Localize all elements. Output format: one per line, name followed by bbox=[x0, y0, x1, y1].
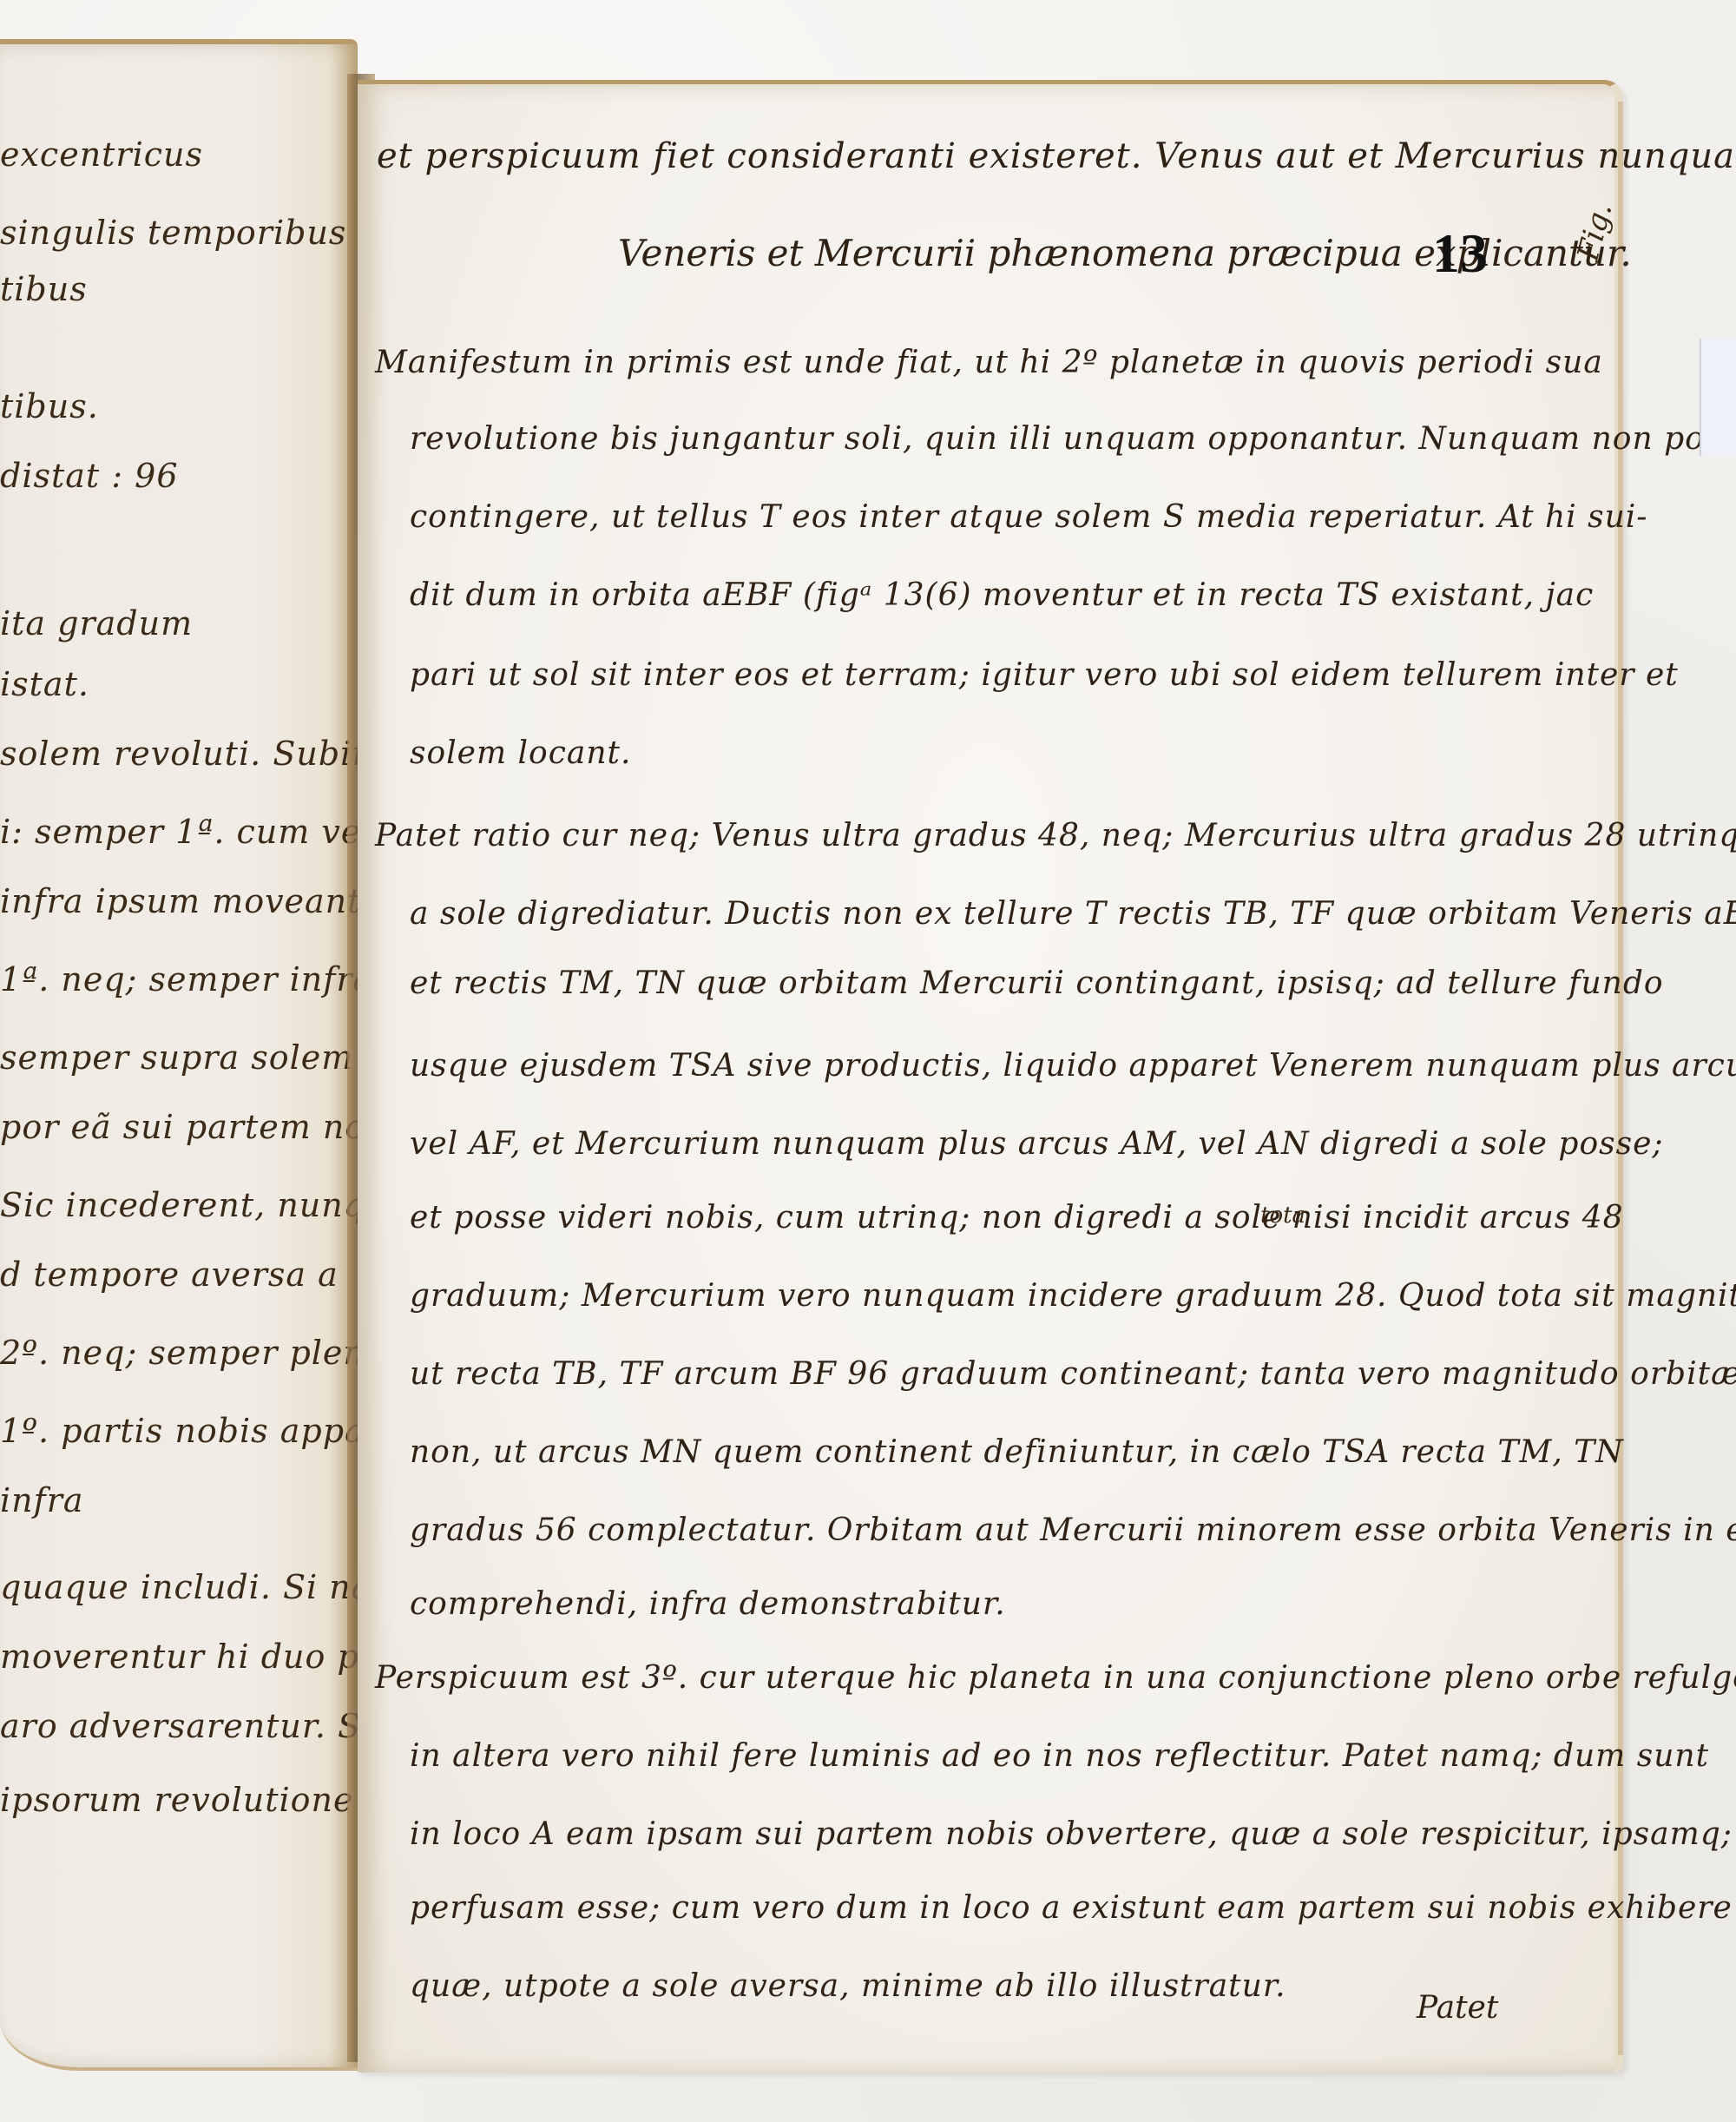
manuscript-line: ut recta TB, TF arcum BF 96 graduum cont… bbox=[410, 1356, 1736, 1392]
left-page-line: d tempore aversa a bbox=[0, 1255, 332, 1294]
tab-marker bbox=[1700, 339, 1736, 456]
manuscript-line: vel AF, et Mercurium nunquam plus arcus … bbox=[410, 1126, 1664, 1162]
left-page-line: solem revoluti. Subinde bbox=[0, 735, 332, 773]
manuscript-line: pari ut sol sit inter eos et terram; igi… bbox=[410, 657, 1679, 693]
left-page-line: moverentur hi duo plane bbox=[0, 1638, 332, 1676]
manuscript-line: a sole digrediatur. Ductis non ex tellur… bbox=[410, 896, 1736, 932]
manuscript-line: perfusam esse; cum vero dum in loco a ex… bbox=[410, 1890, 1733, 1926]
manuscript-line: dit dum in orbita aEBF (figᵃ 13(6) moven… bbox=[410, 577, 1594, 613]
manuscript-line: Manifestum in primis est unde fiat, ut h… bbox=[375, 345, 1603, 380]
left-page-line: ipsorum revolutione tam bbox=[0, 1781, 332, 1819]
left-page-line: distat : 96 bbox=[0, 457, 332, 495]
manuscript-line: solem locant. bbox=[410, 735, 631, 771]
manuscript-line: quæ, utpote a sole aversa, minime ab ill… bbox=[410, 1968, 1286, 2004]
left-page-line: quaque includi. Si nam bbox=[0, 1568, 332, 1606]
left-page-line: tibus. bbox=[0, 387, 332, 425]
left-page-line: ita gradum bbox=[0, 604, 332, 643]
left-page-line: excentricus bbox=[0, 135, 332, 174]
left-page-line: singulis temporibus partis: æque bbox=[0, 214, 332, 252]
manuscript-line: in altera vero nihil fere luminis ad eo … bbox=[410, 1738, 1709, 1774]
right-page: et perspicuum fiet consideranti existere… bbox=[358, 80, 1623, 2073]
manuscript-line: et posse videri nobis, cum utrinq; non d… bbox=[410, 1200, 1624, 1236]
left-page-line: semper supra solem versa: bbox=[0, 1038, 332, 1077]
left-page-line: por eã sui partem nobis bbox=[0, 1108, 332, 1146]
manuscript-line: gradus 56 complectatur. Orbitam aut Merc… bbox=[410, 1512, 1736, 1548]
left-page-line: i: semper 1ª. cum versa bbox=[0, 813, 332, 851]
left-page-line: infra ipsum moveantur! bbox=[0, 882, 332, 920]
interlinear-insertion: tota bbox=[1260, 1203, 1305, 1229]
manuscript-line: et rectis TM, TN quæ orbitam Mercurii co… bbox=[410, 965, 1664, 1001]
manuscript-line: usque ejusdem TSA sive productis, liquid… bbox=[410, 1048, 1736, 1084]
catchword: Patet bbox=[1417, 1990, 1498, 2026]
manuscript-line: Perspicuum est 3º. cur uterque hic plane… bbox=[375, 1660, 1736, 1696]
manuscript-line: contingere, ut tellus T eos inter atque … bbox=[410, 499, 1647, 535]
left-page-line: 2º. neq; semper plenã bbox=[0, 1334, 332, 1372]
carryover-line: et perspicuum fiet consideranti existere… bbox=[377, 136, 1736, 176]
left-page-line: istat. bbox=[0, 665, 332, 703]
left-page-line: 1º. partis nobis appare bbox=[0, 1412, 332, 1450]
manuscript-line: comprehendi, infra demonstrabitur. bbox=[410, 1586, 1006, 1622]
left-page-line: aro adversarentur. Sic bbox=[0, 1707, 332, 1745]
manuscript-line: Patet ratio cur neq; Venus ultra gradus … bbox=[375, 818, 1736, 853]
left-page-line: Sic incederent, nunq; bbox=[0, 1186, 332, 1224]
left-page: excentricussingulis temporibus partis: æ… bbox=[0, 39, 358, 2071]
left-page-line: infra bbox=[0, 1481, 332, 1519]
page-number: 13 bbox=[1432, 221, 1488, 286]
manuscript-line: revolutione bis jungantur soli, quin ill… bbox=[410, 421, 1736, 457]
manuscript-line: in loco A eam ipsam sui partem nobis obv… bbox=[410, 1816, 1736, 1852]
manuscript-line: graduum; Mercurium vero nunquam incidere… bbox=[410, 1278, 1736, 1314]
left-page-line: 1ª. neq; semper infra bbox=[0, 960, 332, 998]
left-page-line: tibus bbox=[0, 270, 332, 308]
manuscript-line: non, ut arcus MN quem continent definiun… bbox=[410, 1434, 1624, 1470]
